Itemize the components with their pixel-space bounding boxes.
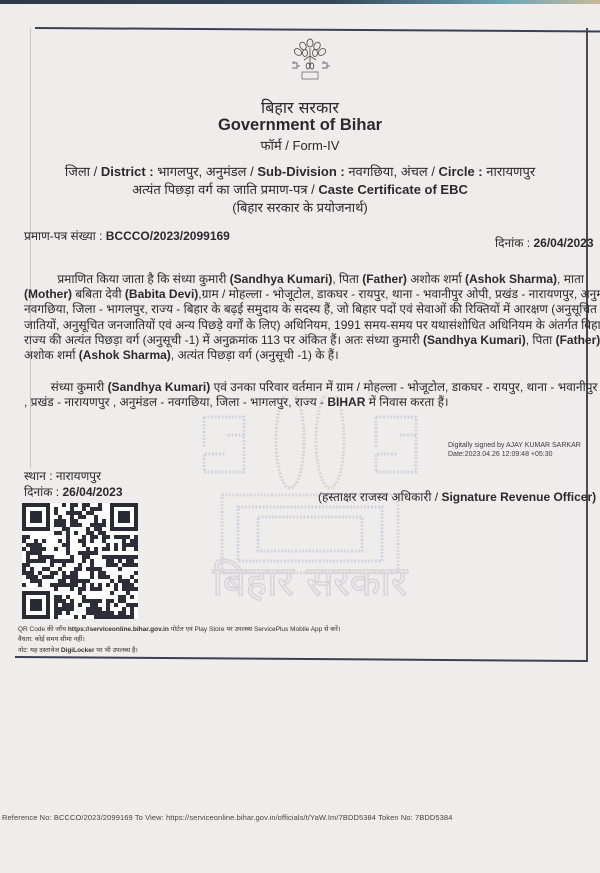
place-label: स्थान : — [24, 469, 56, 483]
certificate-title-hindi: अत्यंत पिछड़ा वर्ग का जाति प्रमाण-पत्र / — [132, 182, 318, 197]
header-title-english: Government of Bihar — [0, 116, 600, 135]
certificate-number: प्रमाण-पत्र संख्या : BCCCO/2023/2099169 — [24, 227, 230, 244]
circle-value: नारायणपुर — [486, 164, 535, 179]
paragraph-line: राज्य की अत्यंत पिछड़ा वर्ग (अनुसूची -1)… — [24, 333, 600, 348]
place-value: नारायणपुर — [56, 469, 101, 483]
certificate-number-value: BCCCO/2023/2099169 — [106, 229, 230, 243]
place-date-label: दिनांक : — [24, 485, 62, 499]
paragraph-line: संध्या कुमारी (Sandhya Kumari) एवं उनका … — [24, 380, 600, 395]
paragraph-line: जातियों, अनुसूचित जनजातियों एवं अन्य पिछ… — [24, 318, 600, 333]
qr-code-icon[interactable] — [22, 503, 138, 619]
circle-label-hi: अंचल / — [401, 164, 439, 179]
frame-border-top — [35, 27, 600, 32]
signature-caption-english: Signature Revenue Officer) — [441, 490, 596, 504]
residence-paragraph: संध्या कुमारी (Sandhya Kumari) एवं उनका … — [24, 380, 600, 410]
note-digilocker: नोट: यह दस्तावेज DigiLocker पर भी उपलब्ध… — [18, 645, 138, 654]
form-number: फॉर्म / Form-IV — [0, 136, 600, 154]
district-label-hi: जिला / — [65, 164, 101, 179]
signature-caption-hindi: (हस्ताक्षर राजस्व अधिकारी / — [318, 490, 441, 504]
signature-caption: (हस्ताक्षर राजस्व अधिकारी / Signature Re… — [318, 488, 596, 505]
location-line: जिला / District : भागलपुर, अनुमंडल / Sub… — [0, 162, 600, 180]
certificate-title: अत्यंत पिछड़ा वर्ग का जाति प्रमाण-पत्र /… — [0, 180, 600, 198]
district-label-en: District : — [101, 164, 157, 179]
circle-label-en: Circle : — [439, 164, 487, 179]
place-date-value: 26/04/2023 — [62, 485, 122, 499]
bihar-emblem-icon — [286, 36, 334, 82]
subdivision-label-hi: अनुमंडल / — [206, 164, 258, 179]
frame-border-bottom — [15, 656, 587, 662]
reference-line: Reference No: BCCCO/2023/2099169 To View… — [2, 813, 452, 822]
paragraph-line: (Mother) बबिता देवी (Babita Devi),ग्राम … — [24, 287, 600, 302]
header-title-hindi: बिहार सरकार — [0, 96, 600, 118]
digital-signature-date: Date:2023.04.26 12:09:48 +05:30 — [448, 450, 581, 459]
place-date: दिनांक : 26/04/2023 — [24, 483, 123, 500]
paragraph-line: अशोक शर्मा (Ashok Sharma), अत्यंत पिछड़ा… — [24, 348, 600, 363]
paragraph-line: , प्रखंड - नारायणपुर , अनुमंडल - नवगछिया… — [24, 395, 600, 410]
paragraph-line: प्रमाणित किया जाता है कि संध्या कुमारी (… — [24, 272, 600, 287]
scan-top-edge — [0, 0, 600, 4]
subdivision-value: नवगछिया, — [348, 164, 400, 179]
place: स्थान : नारायणपुर — [24, 467, 101, 484]
issue-date: दिनांक : 26/04/2023 — [495, 234, 594, 251]
watermark-text: बिहार सरकार — [213, 559, 408, 605]
certificate-title-english: Caste Certificate of EBC — [318, 182, 468, 197]
digital-signature-block: Digitally signed by AJAY KUMAR SARKAR Da… — [448, 441, 581, 459]
note-validity: वैधता: कोई समय सीमा नहीं। — [18, 634, 85, 643]
subdivision-label-en: Sub-Division : — [257, 164, 348, 179]
certification-paragraph: प्रमाणित किया जाता है कि संध्या कुमारी (… — [24, 272, 600, 363]
district-value: भागलपुर, — [157, 164, 206, 179]
paragraph-line: नवगछिया, जिला - भागलपुर, राज्य - बिहार क… — [24, 302, 600, 317]
certificate-purpose: (बिहार सरकार के प्रयोजनार्थ) — [0, 198, 600, 216]
digital-signature-signer: Digitally signed by AJAY KUMAR SARKAR — [448, 441, 581, 450]
note-qr-verify: QR Code की जाँच https://serviceonline.bi… — [18, 624, 340, 633]
issue-date-label: दिनांक : — [495, 236, 533, 250]
certificate-number-label: प्रमाण-पत्र संख्या : — [24, 229, 106, 243]
issue-date-value: 26/04/2023 — [533, 236, 593, 250]
